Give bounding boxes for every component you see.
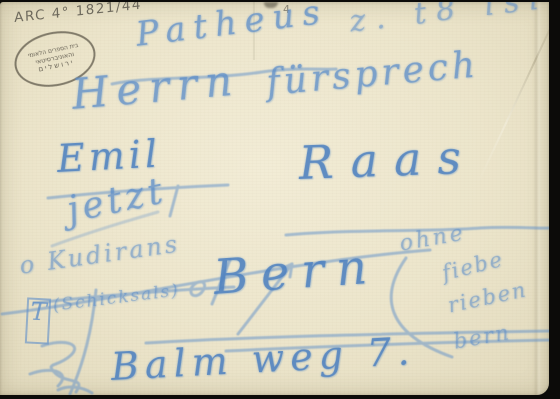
- handwriting-note-unclear: o Kudirans: [18, 232, 181, 278]
- jetzt-vertical-bar: [170, 186, 178, 216]
- handwriting-city: Bern: [212, 242, 380, 301]
- handwriting-side-note-2: fiebe: [440, 249, 506, 285]
- scanned-envelope-page: { "archive": { "shelfmark": "ARC 4° 1821…: [0, 0, 560, 399]
- handwriting-last-name: Raas: [298, 134, 478, 186]
- handwriting-note-parenthetical: (Schicksals): [52, 282, 181, 314]
- envelope-paper: ARC 4° 1821/44 4 בית הספרים הלאומי והאונ…: [0, 2, 549, 395]
- handwriting-side-note-3: rieben: [446, 279, 529, 316]
- handwriting-top-right-scribble: z. t8 isl: [348, 2, 549, 38]
- archive-shelfmark: ARC 4° 1821/44: [14, 2, 142, 26]
- doodle-squiggle-1: [42, 342, 79, 392]
- handwriting-salutation: Herrn: [70, 59, 242, 116]
- doodle-squiggle-3: [58, 387, 92, 393]
- paper-crease-right-edge: [533, 2, 542, 395]
- doodle-squiggle-2: [30, 370, 63, 386]
- handwriting-street: Balm weg 7.: [110, 332, 416, 386]
- handwriting-title-word: Patheus: [134, 2, 329, 52]
- handwriting-profession: fürsprech: [265, 47, 480, 101]
- handwriting-note-jetzt: jetzt: [64, 173, 170, 229]
- handwriting-first-name: Emil: [56, 135, 162, 178]
- handwriting-side-note-4: bern: [452, 322, 512, 353]
- loop-before-bern: [190, 282, 205, 296]
- handwriting-side-note-1: ohne: [398, 222, 467, 255]
- boxed-letter-glyph: T: [30, 300, 47, 325]
- boxed-letter-mark: T: [25, 297, 51, 344]
